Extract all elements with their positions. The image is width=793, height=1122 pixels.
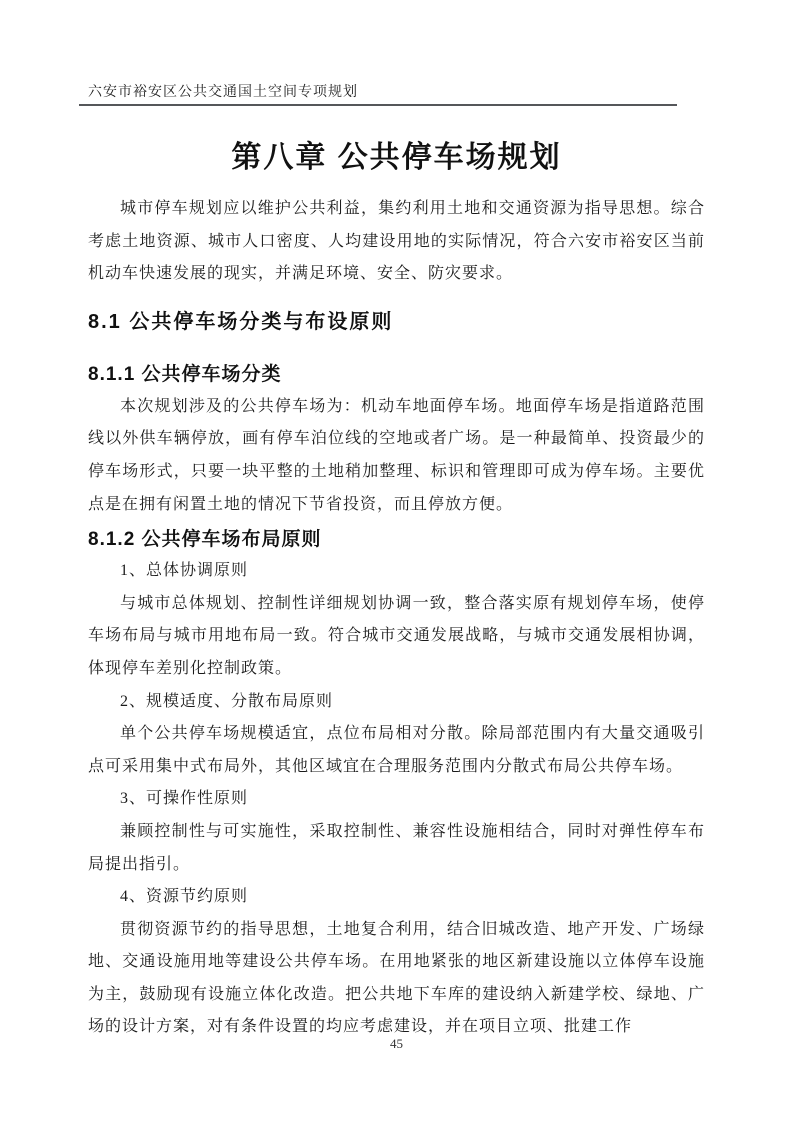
header-rule: 六安市裕安区公共交通国土空间专项规划	[79, 84, 677, 106]
principle-3-paragraph: 兼顾控制性与可实施性，采取控制性、兼容性设施相结合，同时对弹性停车布局提出指引。	[88, 816, 705, 881]
section-heading-8-1: 8.1 公共停车场分类与布设原则	[88, 308, 705, 336]
subsection-heading-8-1-1: 8.1.1 公共停车场分类	[88, 362, 705, 388]
principle-4-paragraph: 贯彻资源节约的指导思想，土地复合利用，结合旧城改造、地产开发、广场绿地、交通设施…	[88, 914, 705, 1044]
header-title: 六安市裕安区公共交通国土空间专项规划	[88, 84, 677, 101]
subsection-heading-8-1-2: 8.1.2 公共停车场布局原则	[88, 527, 705, 553]
principle-3-heading: 3、可操作性原则	[88, 783, 705, 816]
principle-2-heading: 2、规模适度、分散布局原则	[88, 686, 705, 719]
intro-paragraph: 城市停车规划应以维护公共利益，集约利用土地和交通资源为指导思想。综合考虑土地资源…	[88, 193, 705, 291]
page-content: 六安市裕安区公共交通国土空间专项规划 第八章 公共停车场规划 城市停车规划应以维…	[88, 0, 705, 1044]
principle-4-heading: 4、资源节约原则	[88, 881, 705, 914]
paragraph-8-1-1: 本次规划涉及的公共停车场为：机动车地面停车场。地面停车场是指道路范围线以外供车辆…	[88, 391, 705, 521]
principle-2-paragraph: 单个公共停车场规模适宜，点位布局相对分散。除局部范围内有大量交通吸引点可采用集中…	[88, 718, 705, 783]
principle-1-paragraph: 与城市总体规划、控制性详细规划协调一致，整合落实原有规划停车场，使停车场布局与城…	[88, 588, 705, 686]
document-page: 六安市裕安区公共交通国土空间专项规划 第八章 公共停车场规划 城市停车规划应以维…	[0, 0, 793, 1122]
page-number: 45	[0, 1036, 793, 1052]
principle-1-heading: 1、总体协调原则	[88, 555, 705, 588]
chapter-title: 第八章 公共停车场规划	[88, 137, 705, 179]
page-header: 六安市裕安区公共交通国土空间专项规划	[88, 0, 705, 106]
